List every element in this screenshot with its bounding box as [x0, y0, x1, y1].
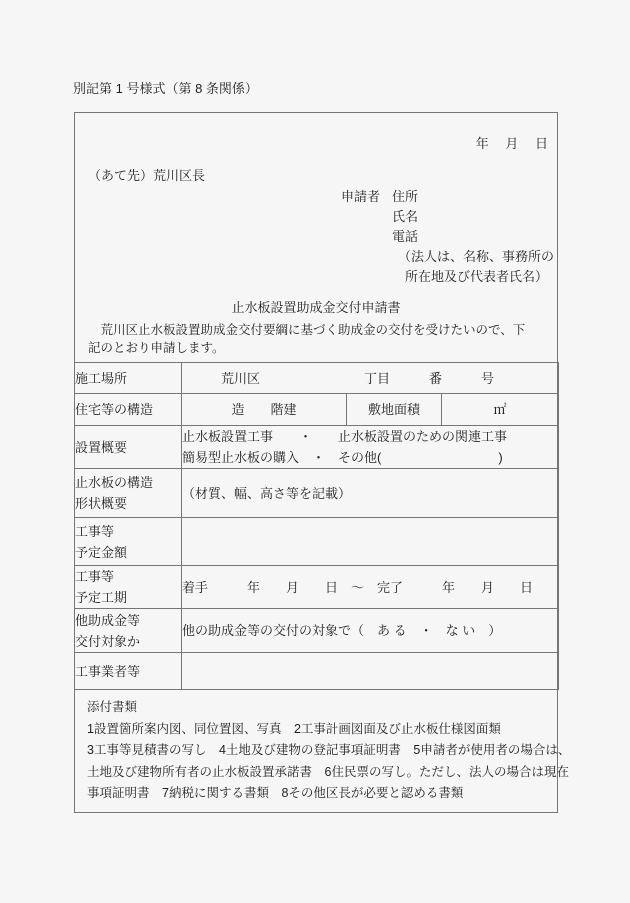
row-label: 住宅等の構造 [75, 394, 182, 426]
row-label: 施工場所 [75, 363, 182, 394]
form-title: 止水板設置助成金交付申請書 [75, 297, 557, 316]
row-label: 工事業者等 [75, 653, 182, 690]
intro-line-2: 記のとおり申請します。 [88, 340, 549, 358]
row-content: （材質、幅、高さ等を記載） [182, 469, 559, 518]
attachments-section: 添付書類 1設置箇所案内図、同位置図、写真 2工事計画図面及び止水板仕様図面類 … [87, 697, 553, 805]
table-row-planned-schedule: 工事等 予定工期 着手 年 月 日 ～ 完了 年 月 日 [75, 566, 559, 609]
table-row-installation-outline: 設置概要 止水板設置工事 ・ 止水板設置のための関連工事 簡易型止水板の購入 ・… [75, 426, 559, 469]
row-content: 他の助成金等の交付の対象で（ あ る ・ な い ） [182, 609, 559, 653]
table-row-other-subsidy: 他助成金等 交付対象か 他の助成金等の交付の対象で（ あ る ・ な い ） [75, 609, 559, 653]
table-row-building-structure: 住宅等の構造 造 階建 敷地面積 ㎡ [75, 394, 559, 426]
attachments-line-2: 3工事等見積書の写し 4土地及び建物の登記事項証明書 5申請者が使用者の場合は、 [87, 740, 553, 762]
row-content: 荒川区 丁目 番 号 [182, 363, 559, 394]
table-row-construction-site: 施工場所 荒川区 丁目 番 号 [75, 363, 559, 394]
area-unit-cell: ㎡ [442, 394, 559, 426]
applicant-block: 申請者 住所 氏名 電話 （法人は、名称、事務所の 所在地及び代表者氏名） [341, 187, 554, 287]
applicant-label: 申請者 [341, 187, 380, 207]
date-line: 年 月 日 [476, 133, 548, 152]
row-content: 着手 年 月 日 ～ 完了 年 月 日 [182, 566, 559, 609]
applicant-line-corporate-note-1: （法人は、名称、事務所の [398, 247, 554, 267]
row-label: 設置概要 [75, 426, 182, 469]
row-label: 工事等 予定工期 [75, 566, 182, 609]
row-label: 止水板の構造 形状概要 [75, 469, 182, 518]
attachments-line-4: 事項証明書 7納税に関する書類 8その他区長が必要と認める書類 [87, 783, 553, 805]
area-label-cell: 敷地面積 [347, 394, 442, 426]
row-content: 止水板設置工事 ・ 止水板設置のための関連工事 簡易型止水板の購入 ・ その他(… [182, 426, 559, 469]
form-box: 年 月 日 （あて先）荒川区長 申請者 住所 氏名 電話 （法人は、名称、事務所… [74, 112, 558, 813]
table-row-planned-cost: 工事等 予定金額 [75, 518, 559, 566]
row-content [182, 653, 559, 690]
applicant-line-name: 氏名 [392, 207, 554, 227]
applicant-line-phone: 電話 [392, 227, 554, 247]
applicant-line-address: 住所 [392, 187, 554, 207]
row-label: 他助成金等 交付対象か [75, 609, 182, 653]
table-row-board-shape-outline: 止水板の構造 形状概要 （材質、幅、高さ等を記載） [75, 469, 559, 518]
attachments-heading: 添付書類 [87, 697, 553, 719]
row-content [182, 518, 559, 566]
attachments-line-1: 1設置箇所案内図、同位置図、写真 2工事計画図面及び止水板仕様図面類 [87, 719, 553, 741]
applicant-lines: 住所 氏名 電話 （法人は、名称、事務所の 所在地及び代表者氏名） [392, 187, 554, 287]
form-number-label: 別記第 1 号様式（第 8 条関係） [73, 78, 258, 97]
intro-line-1: 荒川区止水板設置助成金交付要綱に基づく助成金の交付を受けたいので、下 [88, 322, 549, 340]
application-table: 施工場所 荒川区 丁目 番 号 住宅等の構造 造 階建 敷地面積 ㎡ 設置概要 … [74, 362, 559, 690]
structure-cell: 造 階建 [182, 394, 347, 426]
intro-paragraph: 荒川区止水板設置助成金交付要綱に基づく助成金の交付を受けたいので、下 記のとおり… [88, 322, 549, 357]
page-container: { "colors": { "background": "#f6f6f6", "… [0, 0, 630, 903]
row-label: 工事等 予定金額 [75, 518, 182, 566]
table-row-contractor: 工事業者等 [75, 653, 559, 690]
applicant-line-corporate-note-2: 所在地及び代表者氏名） [405, 267, 554, 287]
attachments-line-3: 土地及び建物所有者の止水板設置承諾書 6住民票の写し。ただし、法人の場合は現在 [87, 762, 553, 784]
addressee-line: （あて先）荒川区長 [88, 165, 205, 184]
